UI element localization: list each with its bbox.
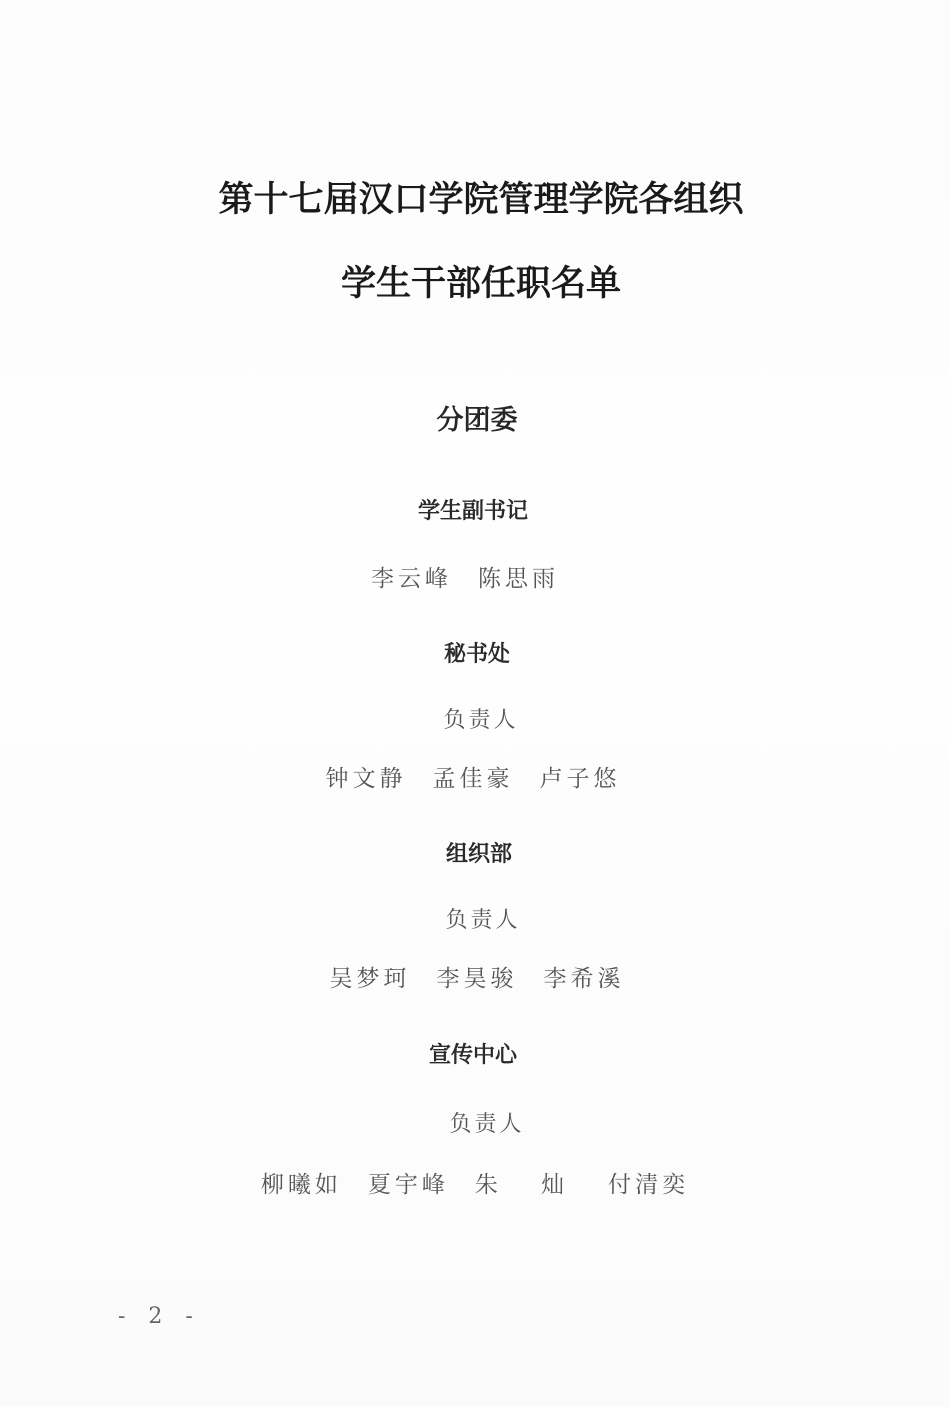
role-label-secretariat: 负责人 — [6, 703, 950, 734]
person-name: 柳曦如 — [261, 1166, 342, 1199]
person-name: 吴梦珂 — [330, 960, 411, 993]
person-name: 夏宇峰 — [368, 1166, 449, 1199]
person-name: 陈思雨 — [478, 560, 559, 593]
section-title-organization-dept: 组织部 — [4, 837, 950, 868]
names-deputy-secretary: 李云峰陈思雨 — [0, 560, 940, 593]
person-name: 朱 灿 — [475, 1166, 582, 1199]
section-title-publicity-center: 宣传中心 — [0, 1038, 948, 1069]
person-name: 李昊骏 — [437, 960, 518, 993]
document-title-line-1: 第十七届汉口学院管理学院各组织 — [6, 172, 950, 222]
names-organization-dept: 吴梦珂李昊骏李希溪 — [2, 960, 950, 993]
person-name: 孟佳豪 — [433, 760, 514, 793]
names-publicity-center: 柳曦如夏宇峰朱 灿付清奕 — [0, 1166, 950, 1199]
person-name: 李希溪 — [544, 960, 625, 993]
document-page: 第十七届汉口学院管理学院各组织 学生干部任职名单 分团委 学生副书记 李云峰陈思… — [0, 0, 950, 1407]
organization-heading: 分团委 — [2, 398, 950, 437]
page-number: - 2 - — [118, 1304, 201, 1329]
role-label-organization-dept: 负责人 — [8, 903, 950, 934]
section-title-secretariat: 秘书处 — [2, 637, 950, 668]
section-title-deputy-secretary: 学生副书记 — [0, 494, 948, 525]
names-secretariat: 钟文静孟佳豪卢子悠 — [0, 760, 948, 793]
person-name: 付清奕 — [608, 1166, 689, 1199]
person-name: 卢子悠 — [540, 760, 621, 793]
person-name: 钟文静 — [326, 760, 407, 793]
document-title-line-2: 学生干部任职名单 — [6, 256, 950, 306]
role-label-publicity-center: 负责人 — [12, 1107, 950, 1138]
person-name: 李云峰 — [371, 560, 452, 593]
